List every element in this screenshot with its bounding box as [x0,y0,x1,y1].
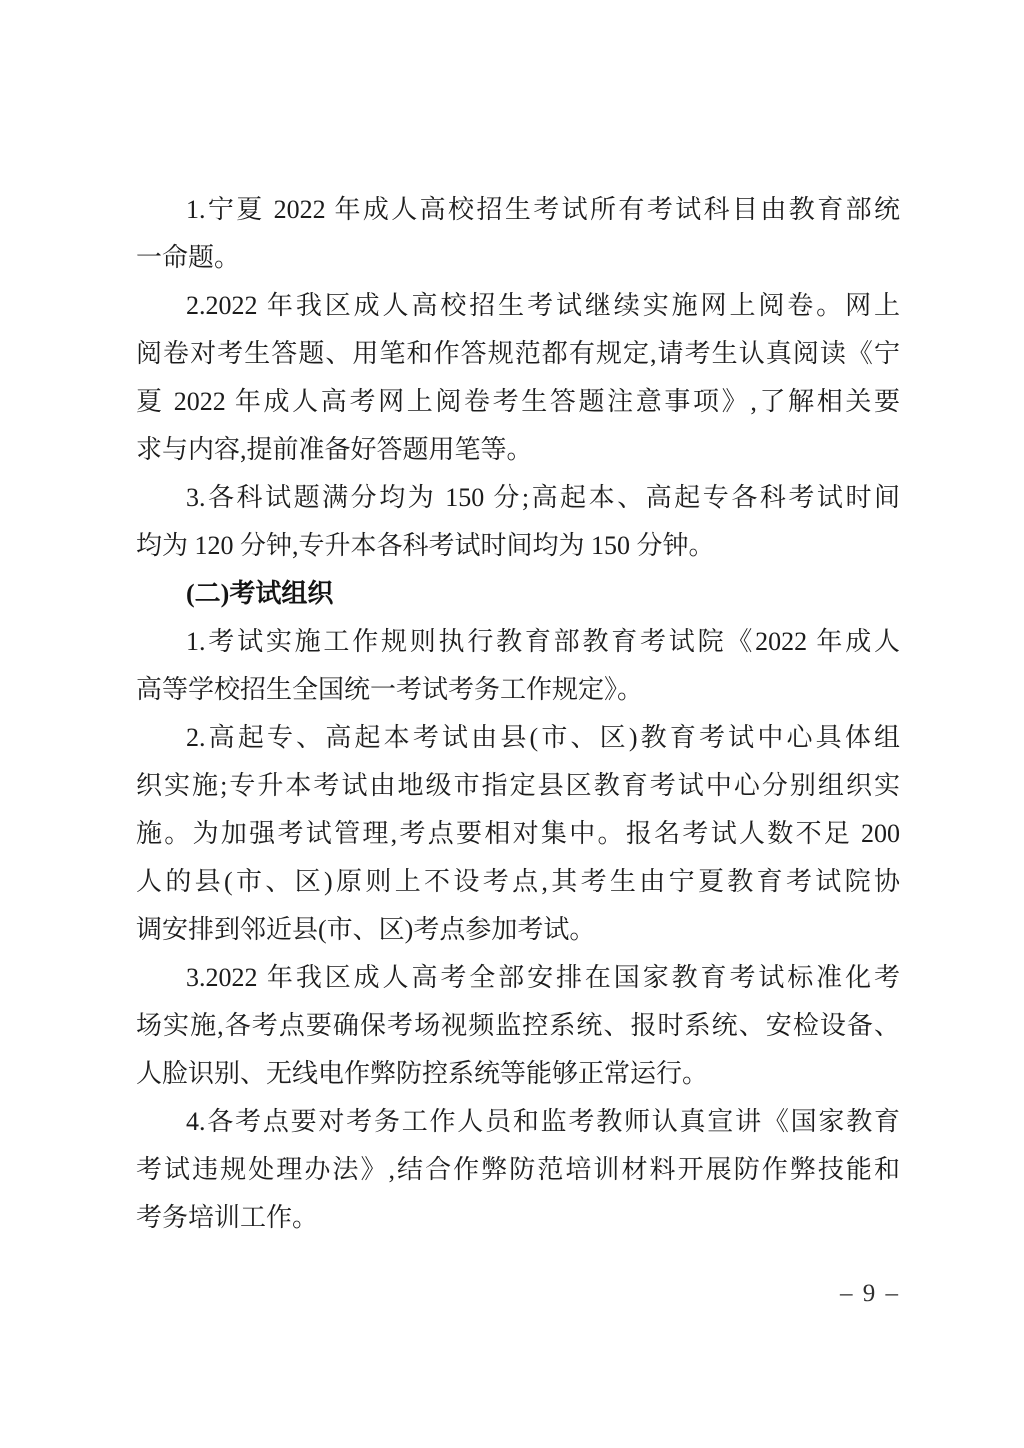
text-line: 人的县(市、区)原则上不设考点,其考生由宁夏教育考试院协 [136,858,900,906]
text-line: 夏 2022 年成人高考网上阅卷考生答题注意事项》,了解相关要 [136,378,900,426]
text-line: 3.2022 年我区成人高考全部安排在国家教育考试标准化考 [136,954,900,1002]
text-line: 1.宁夏 2022 年成人高校招生考试所有考试科目由教育部统 [136,186,900,234]
text-line: 3.各科试题满分均为 150 分;高起本、高起专各科考试时间 [136,474,900,522]
document-body: 1.宁夏 2022 年成人高校招生考试所有考试科目由教育部统一命题。2.2022… [136,186,900,1242]
text-line: 调安排到邻近县(市、区)考点参加考试。 [136,906,900,954]
text-line: 均为 120 分钟,专升本各科考试时间均为 150 分钟。 [136,522,900,570]
text-line: 织实施;专升本考试由地级市指定县区教育考试中心分别组织实 [136,762,900,810]
text-line: 2.高起专、高起本考试由县(市、区)教育考试中心具体组 [136,714,900,762]
text-line: 一命题。 [136,234,900,282]
text-line: 人脸识别、无线电作弊防控系统等能够正常运行。 [136,1050,900,1098]
text-line: 高等学校招生全国统一考试考务工作规定》。 [136,666,900,714]
text-line: 考试违规处理办法》,结合作弊防范培训材料开展防作弊技能和 [136,1146,900,1194]
text-line: 求与内容,提前准备好答题用笔等。 [136,426,900,474]
text-line: 施。为加强考试管理,考点要相对集中。报名考试人数不足 200 [136,810,900,858]
text-line: 考务培训工作。 [136,1194,900,1242]
text-line: 2.2022 年我区成人高校招生考试继续实施网上阅卷。网上 [136,282,900,330]
text-line: 场实施,各考点要确保考场视频监控系统、报时系统、安检设备、 [136,1002,900,1050]
text-line: 阅卷对考生答题、用笔和作答规范都有规定,请考生认真阅读《宁 [136,330,900,378]
document-page: 1.宁夏 2022 年成人高校招生考试所有考试科目由教育部统一命题。2.2022… [0,0,1024,1448]
text-line: 1.考试实施工作规则执行教育部教育考试院《2022 年成人 [136,618,900,666]
section-heading: (二)考试组织 [136,570,900,618]
text-line: 4.各考点要对考务工作人员和监考教师认真宣讲《国家教育 [136,1098,900,1146]
page-number: – 9 – [136,1274,900,1314]
